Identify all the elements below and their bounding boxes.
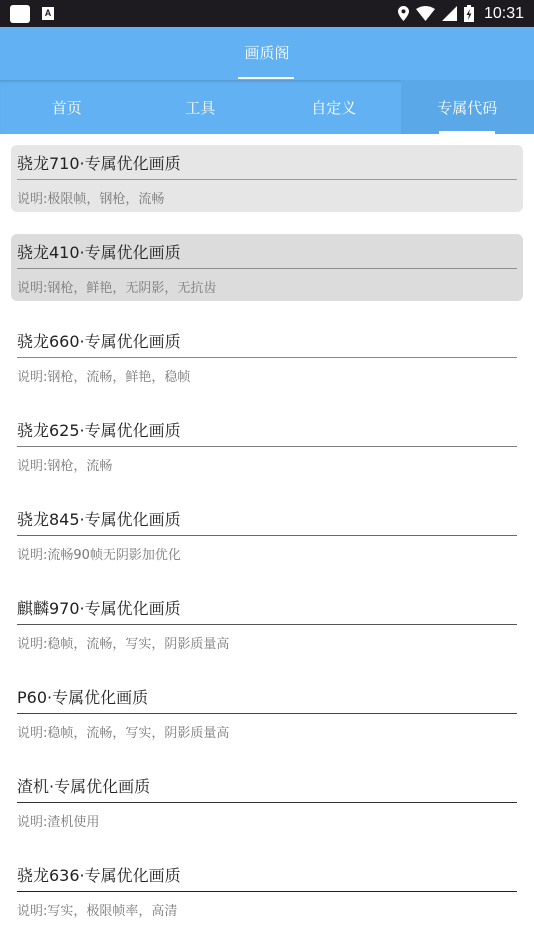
list-item[interactable]: 骁龙410·专属优化画质 说明:钢枪，鲜艳，无阴影，无抗齿	[11, 234, 523, 301]
item-title: 骁龙660·专属优化画质	[17, 329, 181, 352]
item-title: 骁龙845·专属优化画质	[17, 507, 181, 530]
location-icon	[398, 6, 409, 21]
item-title: P60·专属优化画质	[17, 685, 148, 708]
status-time: 10:31	[484, 5, 524, 23]
app-square-icon	[10, 5, 30, 23]
page-title: 画质阁	[244, 42, 289, 63]
item-title: 骁龙625·专属优化画质	[17, 418, 181, 441]
list-item[interactable]: 麒麟970·专属优化画质 说明:稳帧，流畅，写实，阴影质量高	[11, 590, 523, 657]
list-item[interactable]: P60·专属优化画质 说明:稳帧，流畅，写实，阴影质量高	[11, 679, 523, 746]
item-description: 说明:钢枪，流畅，鲜艳，稳帧	[17, 366, 190, 385]
divider	[17, 179, 517, 180]
list-item[interactable]: 骁龙636·专属优化画质 说明:写实，极限帧率，高清	[11, 857, 523, 924]
tab-custom[interactable]: 自定义	[267, 80, 401, 134]
tab-label: 自定义	[311, 97, 356, 118]
tab-label: 工具	[185, 97, 215, 118]
app-header: 画质阁	[0, 27, 534, 80]
wifi-icon	[416, 6, 435, 21]
tab-label: 专属代码	[437, 97, 497, 118]
divider	[17, 446, 517, 447]
list-item[interactable]: 骁龙845·专属优化画质 说明:流畅90帧无阴影加优化	[11, 501, 523, 568]
divider	[17, 713, 517, 714]
list-item[interactable]: 骁龙625·专属优化画质 说明:钢枪，流畅	[11, 412, 523, 479]
item-description: 说明:钢枪，流畅	[17, 455, 112, 474]
active-tab-indicator	[439, 131, 495, 134]
divider	[17, 802, 517, 803]
divider	[17, 891, 517, 892]
item-title: 骁龙410·专属优化画质	[17, 240, 181, 263]
item-title: 麒麟970·专属优化画质	[17, 596, 181, 619]
a-notification-icon: A	[42, 7, 54, 20]
item-description: 说明:渣机使用	[17, 811, 99, 830]
tab-label: 首页	[52, 97, 82, 118]
tab-tools[interactable]: 工具	[134, 80, 268, 134]
item-title: 渣机·专属优化画质	[17, 774, 150, 797]
list-item[interactable]: 骁龙660·专属优化画质 说明:钢枪，流畅，鲜艳，稳帧	[11, 323, 523, 390]
tab-bar: 首页 工具 自定义 专属代码	[0, 80, 534, 134]
cell-signal-icon	[442, 6, 457, 21]
item-title: 骁龙710·专属优化画质	[17, 151, 181, 174]
title-indicator	[238, 77, 294, 79]
item-description: 说明:极限帧，钢枪，流畅	[17, 188, 164, 207]
divider	[17, 535, 517, 536]
battery-charging-icon	[464, 5, 474, 22]
tab-exclusive-code[interactable]: 专属代码	[401, 80, 534, 134]
list-item[interactable]: 骁龙710·专属优化画质 说明:极限帧，钢枪，流畅	[11, 145, 523, 212]
divider	[17, 268, 517, 269]
item-description: 说明:稳帧，流畅，写实，阴影质量高	[17, 633, 229, 652]
divider	[17, 357, 517, 358]
item-description: 说明:稳帧，流畅，写实，阴影质量高	[17, 722, 229, 741]
status-bar: A 10:31	[0, 0, 534, 27]
divider	[17, 624, 517, 625]
item-description: 说明:钢枪，鲜艳，无阴影，无抗齿	[17, 277, 216, 296]
list-item[interactable]: 渣机·专属优化画质 说明:渣机使用	[11, 768, 523, 835]
tab-home[interactable]: 首页	[0, 80, 134, 134]
item-title: 骁龙636·专属优化画质	[17, 863, 181, 886]
item-description: 说明:流畅90帧无阴影加优化	[17, 544, 181, 563]
item-description: 说明:写实，极限帧率，高清	[17, 900, 177, 919]
